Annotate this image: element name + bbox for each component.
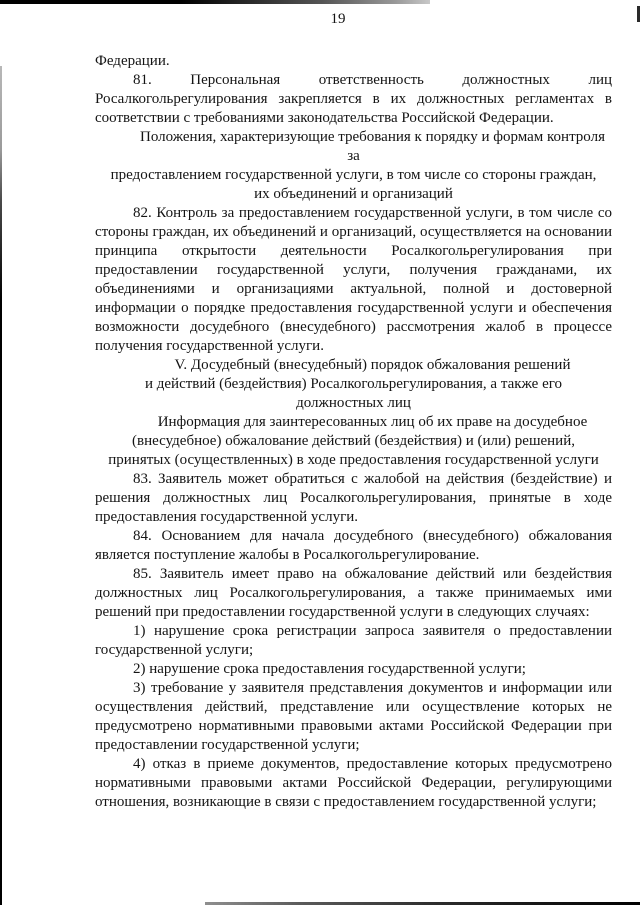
control-section-heading: Положения, характеризующие требования к …	[95, 128, 612, 204]
list-item-1: 1) нарушение срока регистрации запроса з…	[95, 622, 612, 660]
paragraph-82: 82. Контроль за предоставлением государс…	[95, 204, 612, 356]
scan-artifact-top-edge	[0, 0, 430, 4]
list-item-3: 3) требование у заявителя представления …	[95, 679, 612, 755]
list-item-2: 2) нарушение срока предоставления госуда…	[95, 660, 612, 679]
paragraph-continuation: Федерации.	[95, 52, 612, 71]
page-number: 19	[88, 10, 588, 29]
paragraph-85: 85. Заявитель имеет право на обжалование…	[95, 565, 612, 622]
document-body: Федерации. 81. Персональная ответственно…	[95, 52, 612, 812]
info-subheading: Информация для заинтересованных лиц об и…	[95, 413, 612, 470]
section-v-heading: V. Досудебный (внесудебный) порядок обжа…	[95, 356, 612, 413]
paragraph-84: 84. Основанием для начала досудебного (в…	[95, 527, 612, 565]
paragraph-81: 81. Персональная ответственность должнос…	[95, 71, 612, 128]
list-item-4: 4) отказ в приеме документов, предоставл…	[95, 755, 612, 812]
paragraph-83: 83. Заявитель может обратиться с жалобой…	[95, 470, 612, 527]
scan-artifact-left-edge	[0, 66, 2, 905]
